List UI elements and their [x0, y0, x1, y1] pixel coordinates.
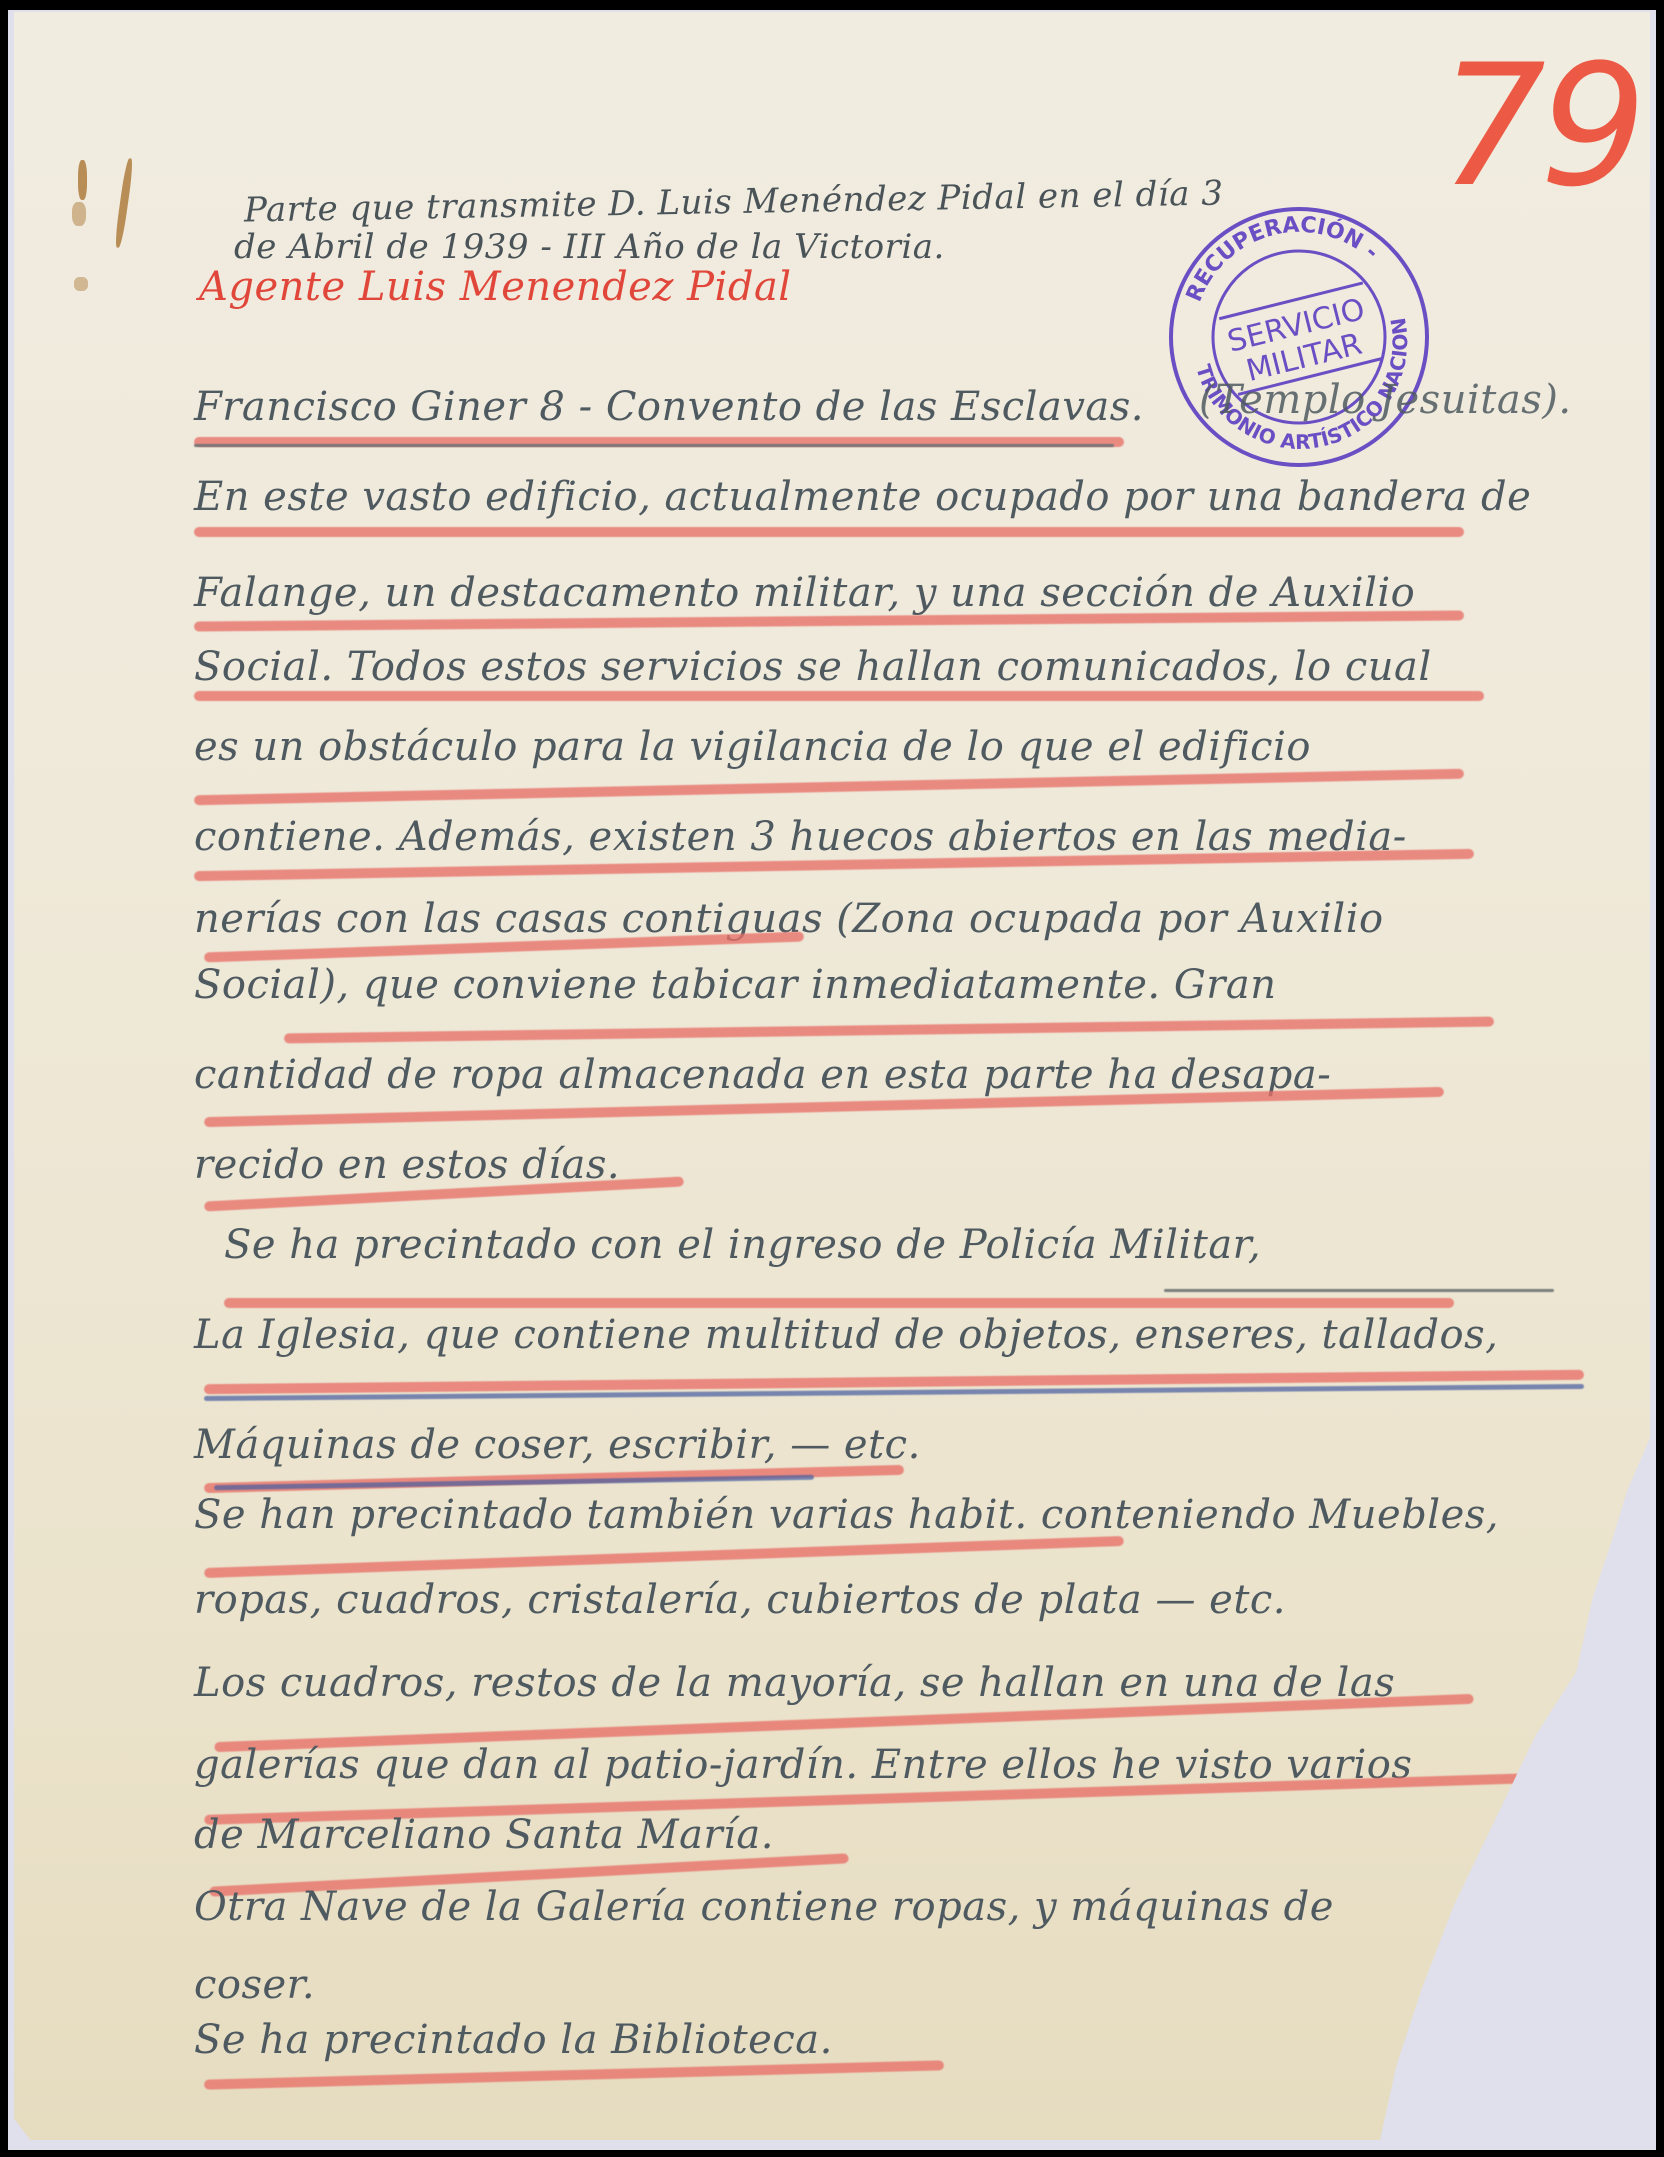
- address-note: (Templo Jesuitas).: [1199, 377, 1572, 423]
- page-number: 79: [1439, 42, 1641, 210]
- red-underline: [204, 1536, 1124, 1578]
- body-line: Otra Nave de la Galería contiene ropas, …: [194, 1884, 1334, 1930]
- document-page: 79 Parte que transmite D. Luis Menéndez …: [14, 12, 1650, 2140]
- body-line: ropas, cuadros, cristalería, cubiertos d…: [194, 1577, 1286, 1623]
- red-underline: [194, 769, 1464, 806]
- body-line: galerías que dan al patio-jardín. Entre …: [194, 1742, 1412, 1788]
- body-line: es un obstáculo para la vigilancia de lo…: [194, 724, 1311, 770]
- staple-rust-stain: [114, 158, 134, 248]
- stamp-seal-icon: RECUPERACIÓN - PATRIMONIO ARTÍSTICO NACI…: [1135, 173, 1462, 500]
- gray-underline: [194, 444, 1114, 447]
- agent-line: Agente Luis Menendez Pidal: [199, 264, 792, 310]
- body-line: Los cuadros, restos de la mayoría, se ha…: [194, 1660, 1395, 1706]
- body-line: recido en estos días.: [194, 1142, 620, 1188]
- staple-rust-stain: [78, 160, 87, 200]
- body-line: cantidad de ropa almacenada en esta part…: [194, 1052, 1331, 1098]
- body-line: En este vasto edificio, actualmente ocup…: [194, 474, 1531, 520]
- body-line: Se ha precintado con el ingreso de Polic…: [224, 1222, 1261, 1268]
- staple-rust-stain: [74, 277, 88, 291]
- staple-rust-stain: [72, 202, 86, 226]
- body-line: La Iglesia, que contiene multitud de obj…: [194, 1312, 1498, 1358]
- red-underline: [194, 527, 1464, 537]
- header-line: Parte que transmite D. Luis Menéndez Pid…: [244, 173, 1224, 230]
- header-line: de Abril de 1939 - III Año de la Victori…: [234, 227, 945, 267]
- body-line: Falange, un destacamento militar, y una …: [194, 570, 1415, 616]
- body-line: Se ha precintado la Biblioteca.: [194, 2017, 833, 2063]
- gray-underline: [1164, 1289, 1554, 1292]
- body-line: Social. Todos estos servicios se hallan …: [194, 644, 1432, 690]
- address-line: Francisco Giner 8 - Convento de las Escl…: [194, 384, 1144, 430]
- red-underline: [204, 2060, 944, 2089]
- body-line: coser.: [194, 1962, 315, 2008]
- body-line: Máquinas de coser, escribir, — etc.: [194, 1422, 921, 1468]
- red-underline: [224, 1298, 1454, 1308]
- recuperacion-stamp: RECUPERACIÓN - PATRIMONIO ARTÍSTICO NACI…: [1135, 173, 1462, 500]
- body-line: Social), que conviene tabicar inmediatam…: [194, 962, 1277, 1008]
- body-line: de Marceliano Santa María.: [194, 1812, 774, 1858]
- red-underline: [194, 691, 1484, 701]
- body-line: Se han precintado también varias habit. …: [194, 1492, 1499, 1538]
- red-underline: [284, 1017, 1494, 1044]
